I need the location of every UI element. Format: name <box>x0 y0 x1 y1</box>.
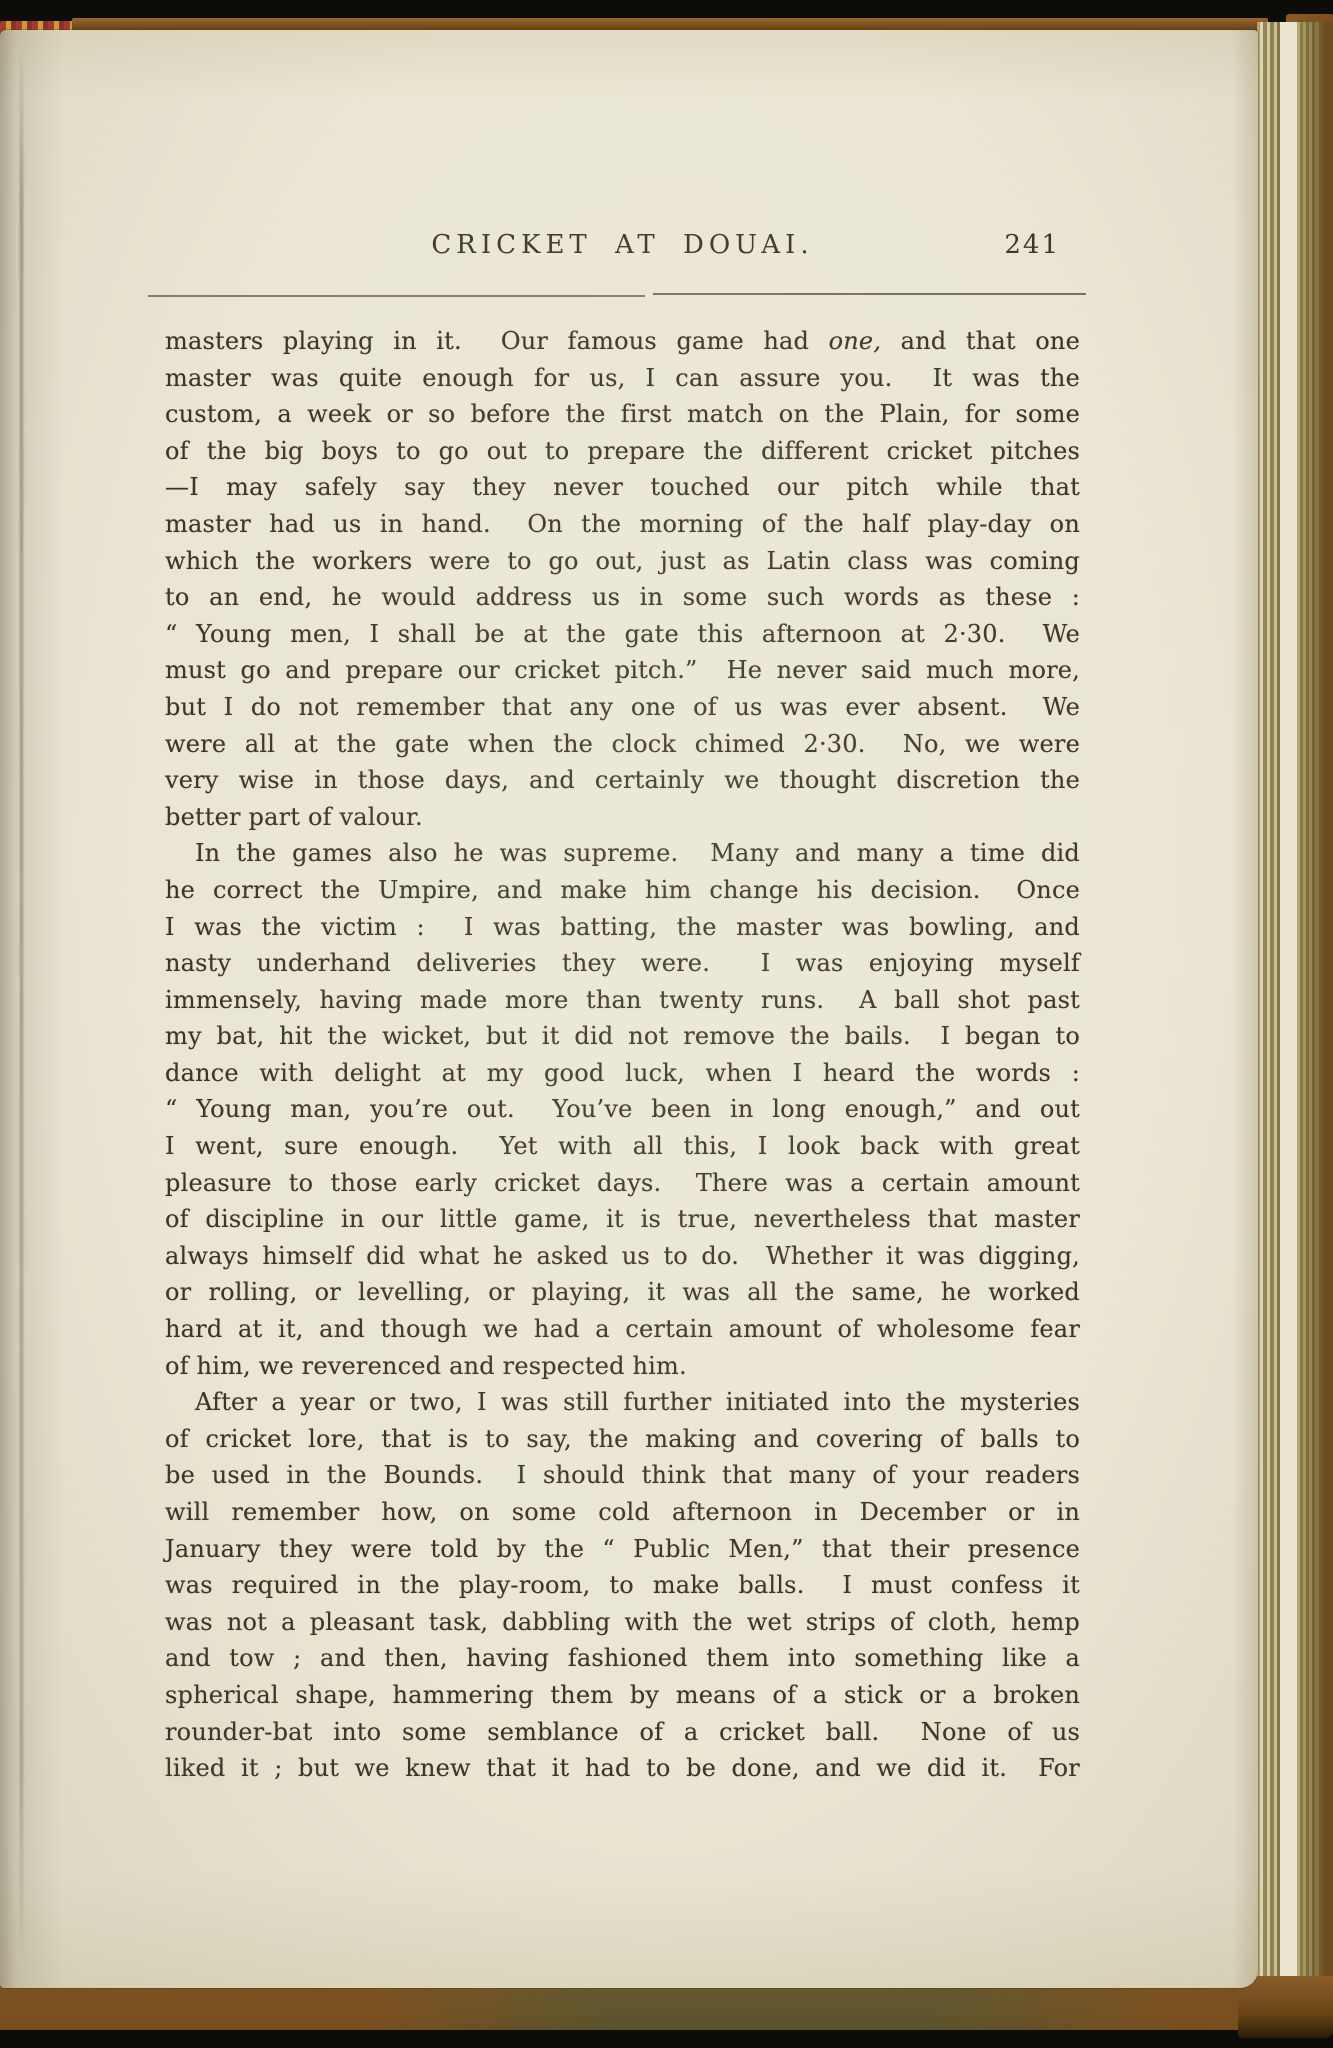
text-line: to an end, he would address us in some s… <box>165 579 1080 616</box>
text-line: be used in the Bounds. I should think th… <box>165 1457 1080 1494</box>
text-line: but I do not remember that any one of us… <box>165 689 1080 726</box>
text-line: pleasure to those early cricket days. Th… <box>165 1165 1080 1202</box>
book-spread-background: { "page": { "header": { "title": "CRICKE… <box>0 0 1333 2048</box>
text-line: and tow ; and then, having fashioned the… <box>165 1640 1080 1677</box>
running-header: CRICKET AT DOUAI. 241 <box>165 230 1080 264</box>
text-line: custom, a week or so before the first ma… <box>165 396 1080 433</box>
text-line: “ Young man, you’re out. You’ve been in … <box>165 1091 1080 1128</box>
text-line: After a year or two, I was still further… <box>165 1384 1080 1421</box>
page-paper: CRICKET AT DOUAI. 241 masters playing in… <box>0 30 1258 1988</box>
text-line: immensely, having made more than twenty … <box>165 982 1080 1019</box>
text-line: were all at the gate when the clock chim… <box>165 726 1080 763</box>
cover-corner-bottom-right <box>1238 1976 1333 2038</box>
text-line: rounder-bat into some semblance of a cri… <box>165 1714 1080 1751</box>
text-line: will remember how, on some cold afternoo… <box>165 1494 1080 1531</box>
text-line: or rolling, or levelling, or playing, it… <box>165 1274 1080 1311</box>
text-line: must go and prepare our cricket pitch.” … <box>165 652 1080 689</box>
text-line: master was quite enough for us, I can as… <box>165 360 1080 397</box>
cover-edge-bottom <box>0 1984 1333 2030</box>
text-line: of the big boys to go out to prepare the… <box>165 433 1080 470</box>
text-line: of cricket lore, that is to say, the mak… <box>165 1421 1080 1458</box>
text-line: I was the victim : I was batting, the ma… <box>165 909 1080 946</box>
text-line: “ Young men, I shall be at the gate this… <box>165 616 1080 653</box>
text-line: of discipline in our little game, it is … <box>165 1201 1080 1238</box>
text-line: nasty underhand deliveries they were. I … <box>165 945 1080 982</box>
text-line: hard at it, and though we had a certain … <box>165 1311 1080 1348</box>
text-block: masters playing in it. Our famous game h… <box>165 323 1080 1787</box>
text-line: masters playing in it. Our famous game h… <box>165 323 1080 360</box>
text-line: always himself did what he asked us to d… <box>165 1238 1080 1275</box>
header-title: CRICKET AT DOUAI. <box>165 230 1080 260</box>
text-line: he correct the Umpire, and make him chan… <box>165 872 1080 909</box>
text-line: liked it ; but we knew that it had to be… <box>165 1750 1080 1787</box>
header-rule-left <box>148 295 645 297</box>
text-line: dance with delight at my good luck, when… <box>165 1055 1080 1092</box>
text-line: master had us in hand. On the morning of… <box>165 506 1080 543</box>
text-line: was required in the play-room, to make b… <box>165 1567 1080 1604</box>
text-line: January they were told by the “ Public M… <box>165 1531 1080 1568</box>
text-line: —I may safely say they never touched our… <box>165 469 1080 506</box>
text-line: of him, we reverenced and respected him. <box>165 1348 1080 1385</box>
text-line: very wise in those days, and certainly w… <box>165 762 1080 799</box>
header-rule-right <box>653 293 1086 295</box>
text-line: I went, sure enough. Yet with all this, … <box>165 1128 1080 1165</box>
text-line: my bat, hit the wicket, but it did not r… <box>165 1018 1080 1055</box>
text-line: which the workers were to go out, just a… <box>165 543 1080 580</box>
page-number: 241 <box>1004 230 1060 260</box>
text-line: was not a pleasant task, dabbling with t… <box>165 1604 1080 1641</box>
gutter-crease <box>20 44 23 1964</box>
text-line: In the games also he was supreme. Many a… <box>165 835 1080 872</box>
text-line: spherical shape, hammering them by means… <box>165 1677 1080 1714</box>
fore-edge-page-stack <box>1257 22 1333 2008</box>
text-line: better part of valour. <box>165 799 1080 836</box>
